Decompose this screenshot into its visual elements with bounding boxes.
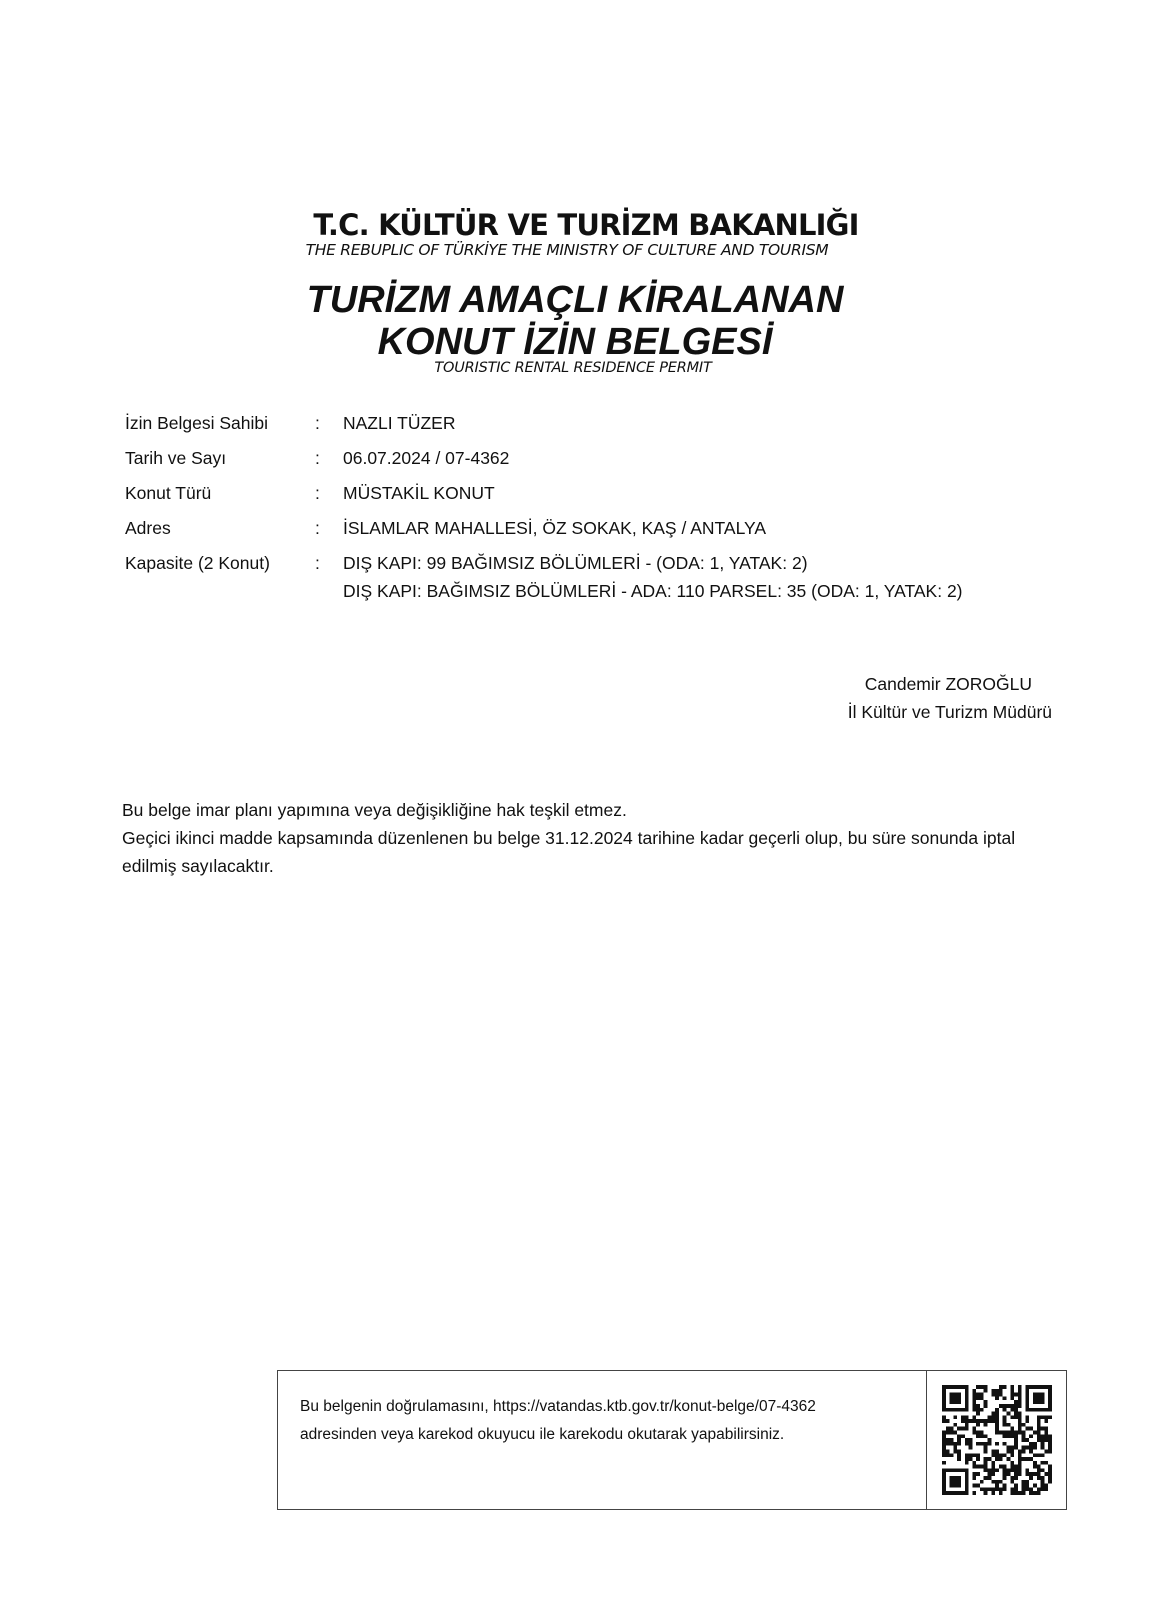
field-colon: : <box>315 511 320 546</box>
field-value: MÜSTAKİL KONUT <box>343 476 495 511</box>
verification-line-2: adresinden veya karekod okuyucu ile kare… <box>300 1421 816 1449</box>
field-label: Kapasite (2 Konut) <box>125 546 270 581</box>
note-line-3: edilmiş sayılacaktır. <box>122 852 1082 880</box>
verification-text: Bu belgenin doğrulamasını, https://vatan… <box>300 1393 816 1449</box>
ministry-name-english: THE REBUPLIC OF TÜRKİYE THE MINISTRY OF … <box>0 241 1134 259</box>
field-value: İSLAMLAR MAHALLESİ, ÖZ SOKAK, KAŞ / ANTA… <box>343 511 766 546</box>
field-label: Konut Türü <box>125 476 211 511</box>
field-colon: : <box>315 441 320 476</box>
verification-divider <box>926 1371 927 1509</box>
note-line-1: Bu belge imar planı yapımına veya değişi… <box>122 796 1082 824</box>
signatory-title: İl Kültür ve Turizm Müdürü <box>848 702 1052 723</box>
qr-code-icon <box>942 1385 1052 1495</box>
verification-box: Bu belgenin doğrulamasını, https://vatan… <box>277 1370 1067 1510</box>
document-title-line1: TURİZM AMAÇLI KİRALANAN <box>0 280 1150 320</box>
document-title-line2: KONUT İZİN BELGESİ <box>0 322 1150 362</box>
field-colon: : <box>315 546 320 581</box>
field-value: NAZLI TÜZER <box>343 406 455 441</box>
field-label: Tarih ve Sayı <box>125 441 226 476</box>
signatory-name: Candemir ZOROĞLU <box>865 674 1032 695</box>
field-label: Adres <box>125 511 171 546</box>
document-title-english: TOURISTIC RENTAL RESIDENCE PERMIT <box>0 360 1146 376</box>
field-label: İzin Belgesi Sahibi <box>125 406 268 441</box>
note-line-2: Geçici ikinci madde kapsamında düzenlene… <box>122 824 1082 852</box>
ministry-name: T.C. KÜLTÜR VE TURİZM BAKANLIĞI <box>0 208 1172 242</box>
field-value-second-line: DIŞ KAPI: BAĞIMSIZ BÖLÜMLERİ - ADA: 110 … <box>343 574 963 609</box>
verification-line-1[interactable]: Bu belgenin doğrulamasını, https://vatan… <box>300 1393 816 1421</box>
field-colon: : <box>315 476 320 511</box>
field-colon: : <box>315 406 320 441</box>
field-value: 06.07.2024 / 07-4362 <box>343 441 509 476</box>
